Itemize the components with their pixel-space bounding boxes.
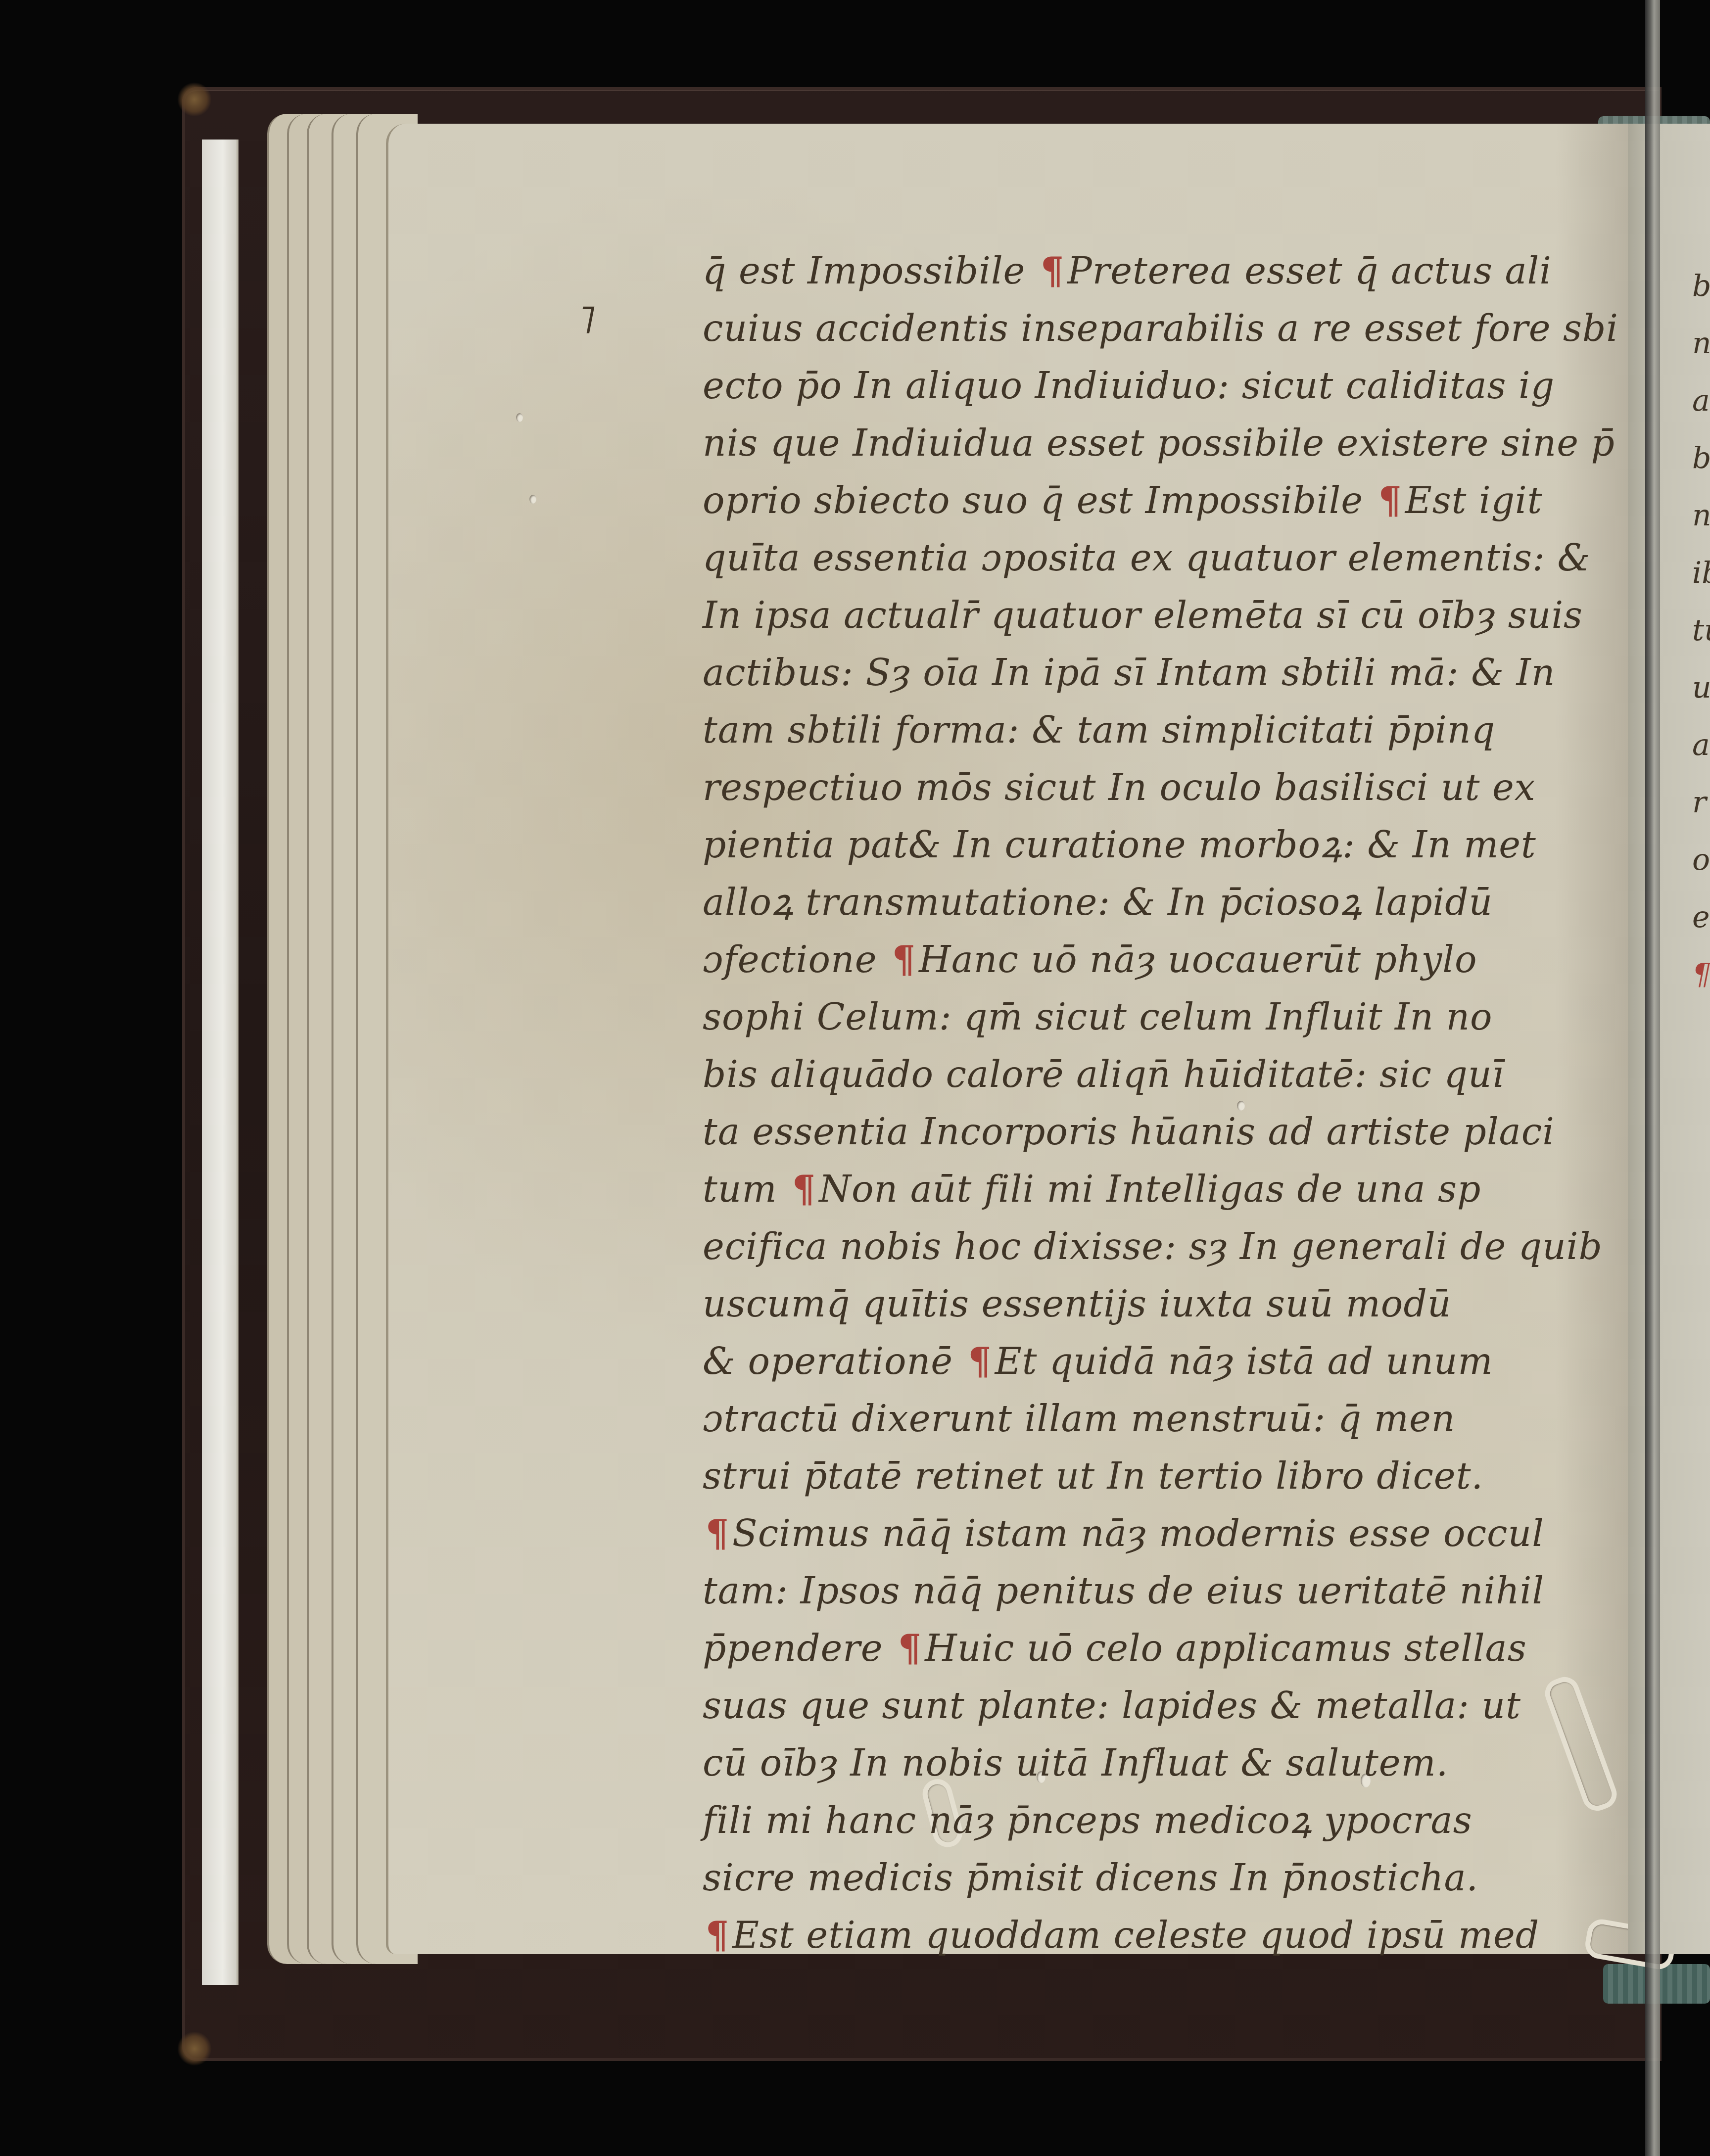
text-line-28: fili mi hanc nāȝ p̄nceps medicoꝝ ypocras	[703, 1792, 1573, 1849]
rubric-pilcrow: ¶	[1378, 479, 1402, 522]
line-text: & operationē	[703, 1340, 965, 1383]
wormhole	[529, 495, 536, 504]
line-text: tum	[703, 1168, 789, 1211]
text-line-15: bis aliquādo calorē aliqn̄ hūiditatē: si…	[703, 1046, 1573, 1103]
line-text: cū oībȝ In nobis uitā Influat & salutem.	[703, 1742, 1448, 1784]
facing-letter: n	[1692, 315, 1710, 372]
text-line-5: oprio sbiecto suo q̄ est Impossibile ¶Es…	[703, 472, 1573, 529]
facing-letter: b	[1692, 257, 1710, 315]
line-text: alloꝝ transmutatione: & In p̄ciosoꝝ lapi…	[703, 881, 1493, 924]
line-text: actibus: Sȝ oīa In ipā sī Intam sbtili m…	[703, 652, 1555, 694]
text-line-14: sophi Celum: qm̄ sicut celum Influit In …	[703, 988, 1573, 1046]
line-text: quīta essentia ɔposita ex quatuor elemen…	[703, 537, 1590, 579]
facing-letter: b	[1692, 429, 1710, 487]
text-line-8: actibus: Sȝ oīa In ipā sī Intam sbtili m…	[703, 644, 1573, 702]
line-text: oprio sbiecto suo q̄ est Impossibile	[703, 479, 1376, 522]
text-line-27: cū oībȝ In nobis uitā Influat & salutem.	[703, 1734, 1573, 1792]
line-text: ɔfectione	[703, 938, 889, 981]
text-line-30: ¶Est etiam quoddam celeste quod ipsū med	[703, 1907, 1573, 1964]
facing-letter: e	[1692, 889, 1710, 946]
text-line-17: tum ¶Non aūt fili mi Intelligas de una s…	[703, 1161, 1573, 1218]
facing-letter: a	[1692, 716, 1710, 774]
rubric-pilcrow: ¶	[892, 938, 916, 981]
facing-letter: ib	[1692, 544, 1710, 602]
text-line-6: quīta essentia ɔposita ex quatuor elemen…	[703, 529, 1573, 587]
rubric-pilcrow: ¶	[968, 1340, 992, 1383]
text-line-20: & operationē ¶Et quidā nāȝ istā ad unum	[703, 1333, 1573, 1390]
text-line-19: uscumq̄ quītis essentijs iuxta suū modū	[703, 1275, 1573, 1333]
line-text: ecto p̄o In aliquo Indiuiduo: sicut cali…	[703, 365, 1555, 407]
line-text: suas que sunt plante: lapides & metalla:…	[703, 1685, 1521, 1727]
line-text: tam sbtili forma: & tam simplicitati p̄p…	[703, 709, 1495, 751]
facing-letter: u	[1692, 659, 1710, 716]
line-text: Et quidā nāȝ istā ad unum	[995, 1340, 1493, 1383]
line-text: Preterea esset q̄ actus ali	[1067, 250, 1552, 292]
text-line-16: ta essentia Incorporis hūanis ad artiste…	[703, 1103, 1573, 1161]
corner-wear-bottom-left	[177, 2031, 212, 2066]
facing-page-text: b n a b n ib tu u a r o e ¶	[1692, 257, 1710, 1003]
text-line-1: q̄ est Impossibile ¶Preterea esset q̄ ac…	[703, 242, 1573, 300]
line-text: Non aūt fili mi Intelligas de una sp	[819, 1168, 1481, 1211]
text-line-22: strui p̄tatē retinet ut In tertio libro …	[703, 1448, 1573, 1505]
line-text: pientia pat& In curatione morboꝝ: & In m…	[703, 824, 1536, 866]
facing-letter: a	[1692, 372, 1710, 429]
rubric-pilcrow: ¶	[1041, 250, 1064, 292]
line-text: ta essentia Incorporis hūanis ad artiste…	[703, 1111, 1555, 1153]
corner-wear-top-left	[177, 82, 212, 117]
line-text: cuius accidentis inseparabilis a re esse…	[703, 307, 1618, 350]
line-text: Huic uō celo applicamus stellas	[925, 1627, 1527, 1670]
line-text: Scimus nāq̄ istam nāȝ modernis esse occu…	[732, 1512, 1544, 1555]
text-block: q̄ est Impossibile ¶Preterea esset q̄ ac…	[703, 242, 1573, 1964]
margin-mark: ˥	[576, 297, 596, 343]
line-text: sicre medicis p̄misit dicens In p̄nostic…	[703, 1857, 1478, 1899]
line-text: uscumq̄ quītis essentijs iuxta suū modū	[703, 1283, 1451, 1325]
rubric-pilcrow: ¶	[706, 1914, 729, 1957]
line-text: fili mi hanc nāȝ p̄nceps medicoꝝ ypocras	[703, 1799, 1472, 1842]
text-line-9: tam sbtili forma: & tam simplicitati p̄p…	[703, 702, 1573, 759]
line-text: strui p̄tatē retinet ut In tertio libro …	[703, 1455, 1483, 1498]
facing-letter: o	[1692, 831, 1710, 889]
wormhole	[516, 413, 523, 422]
line-text: ɔtractū dixerunt illam menstruū: q̄ men	[703, 1398, 1455, 1440]
line-text: nis que Indiuidua esset possibile existe…	[703, 422, 1615, 465]
line-text: Hanc uō nāȝ uocauerūt phylo	[919, 938, 1477, 981]
line-text: respectiuo mōs sicut In oculo basilisci …	[703, 766, 1535, 809]
text-line-7: In ipsa actualr̄ quatuor elemēta sī cū o…	[703, 587, 1573, 644]
text-line-26: suas que sunt plante: lapides & metalla:…	[703, 1677, 1573, 1734]
text-line-3: ecto p̄o In aliquo Indiuiduo: sicut cali…	[703, 357, 1573, 415]
line-text: ecifica nobis hoc dixisse: sȝ In general…	[703, 1225, 1603, 1268]
line-text: sophi Celum: qm̄ sicut celum Influit In …	[703, 996, 1493, 1038]
line-text: Est igit	[1405, 479, 1543, 522]
line-text: bis aliquādo calorē aliqn̄ hūiditatē: si…	[703, 1053, 1504, 1096]
rubric-pilcrow: ¶	[898, 1627, 922, 1670]
line-text: p̄pendere	[703, 1627, 895, 1670]
rubric-pilcrow: ¶	[792, 1168, 816, 1211]
facing-rubric: ¶	[1692, 946, 1710, 1003]
text-line-4: nis que Indiuidua esset possibile existe…	[703, 415, 1573, 472]
line-text: q̄ est Impossibile	[703, 250, 1038, 292]
facing-letter: tu	[1692, 602, 1710, 659]
text-line-29: sicre medicis p̄misit dicens In p̄nostic…	[703, 1849, 1573, 1907]
flyleaf	[202, 140, 238, 1985]
rubric-pilcrow: ¶	[706, 1512, 729, 1555]
text-line-18: ecifica nobis hoc dixisse: sȝ In general…	[703, 1218, 1573, 1275]
text-line-21: ɔtractū dixerunt illam menstruū: q̄ men	[703, 1390, 1573, 1448]
text-line-25: p̄pendere ¶Huic uō celo applicamus stell…	[703, 1620, 1573, 1677]
text-line-24: tam: Ipsos nāq̄ penitus de eius ueritatē…	[703, 1562, 1573, 1620]
text-line-10: respectiuo mōs sicut In oculo basilisci …	[703, 759, 1573, 816]
text-line-11: pientia pat& In curatione morboꝝ: & In m…	[703, 816, 1573, 874]
facing-letter: r	[1692, 774, 1710, 831]
text-line-13: ɔfectione ¶Hanc uō nāȝ uocauerūt phylo	[703, 931, 1573, 988]
text-line-12: alloꝝ transmutatione: & In p̄ciosoꝝ lapi…	[703, 874, 1573, 931]
line-text: In ipsa actualr̄ quatuor elemēta sī cū o…	[703, 594, 1583, 637]
text-line-2: cuius accidentis inseparabilis a re esse…	[703, 300, 1573, 357]
glass-plate	[1645, 0, 1660, 2156]
text-line-23: ¶Scimus nāq̄ istam nāȝ modernis esse occ…	[703, 1505, 1573, 1562]
line-text: Est etiam quoddam celeste quod ipsū med	[732, 1914, 1539, 1957]
line-text: tam: Ipsos nāq̄ penitus de eius ueritatē…	[703, 1570, 1544, 1612]
facing-letter: n	[1692, 487, 1710, 544]
